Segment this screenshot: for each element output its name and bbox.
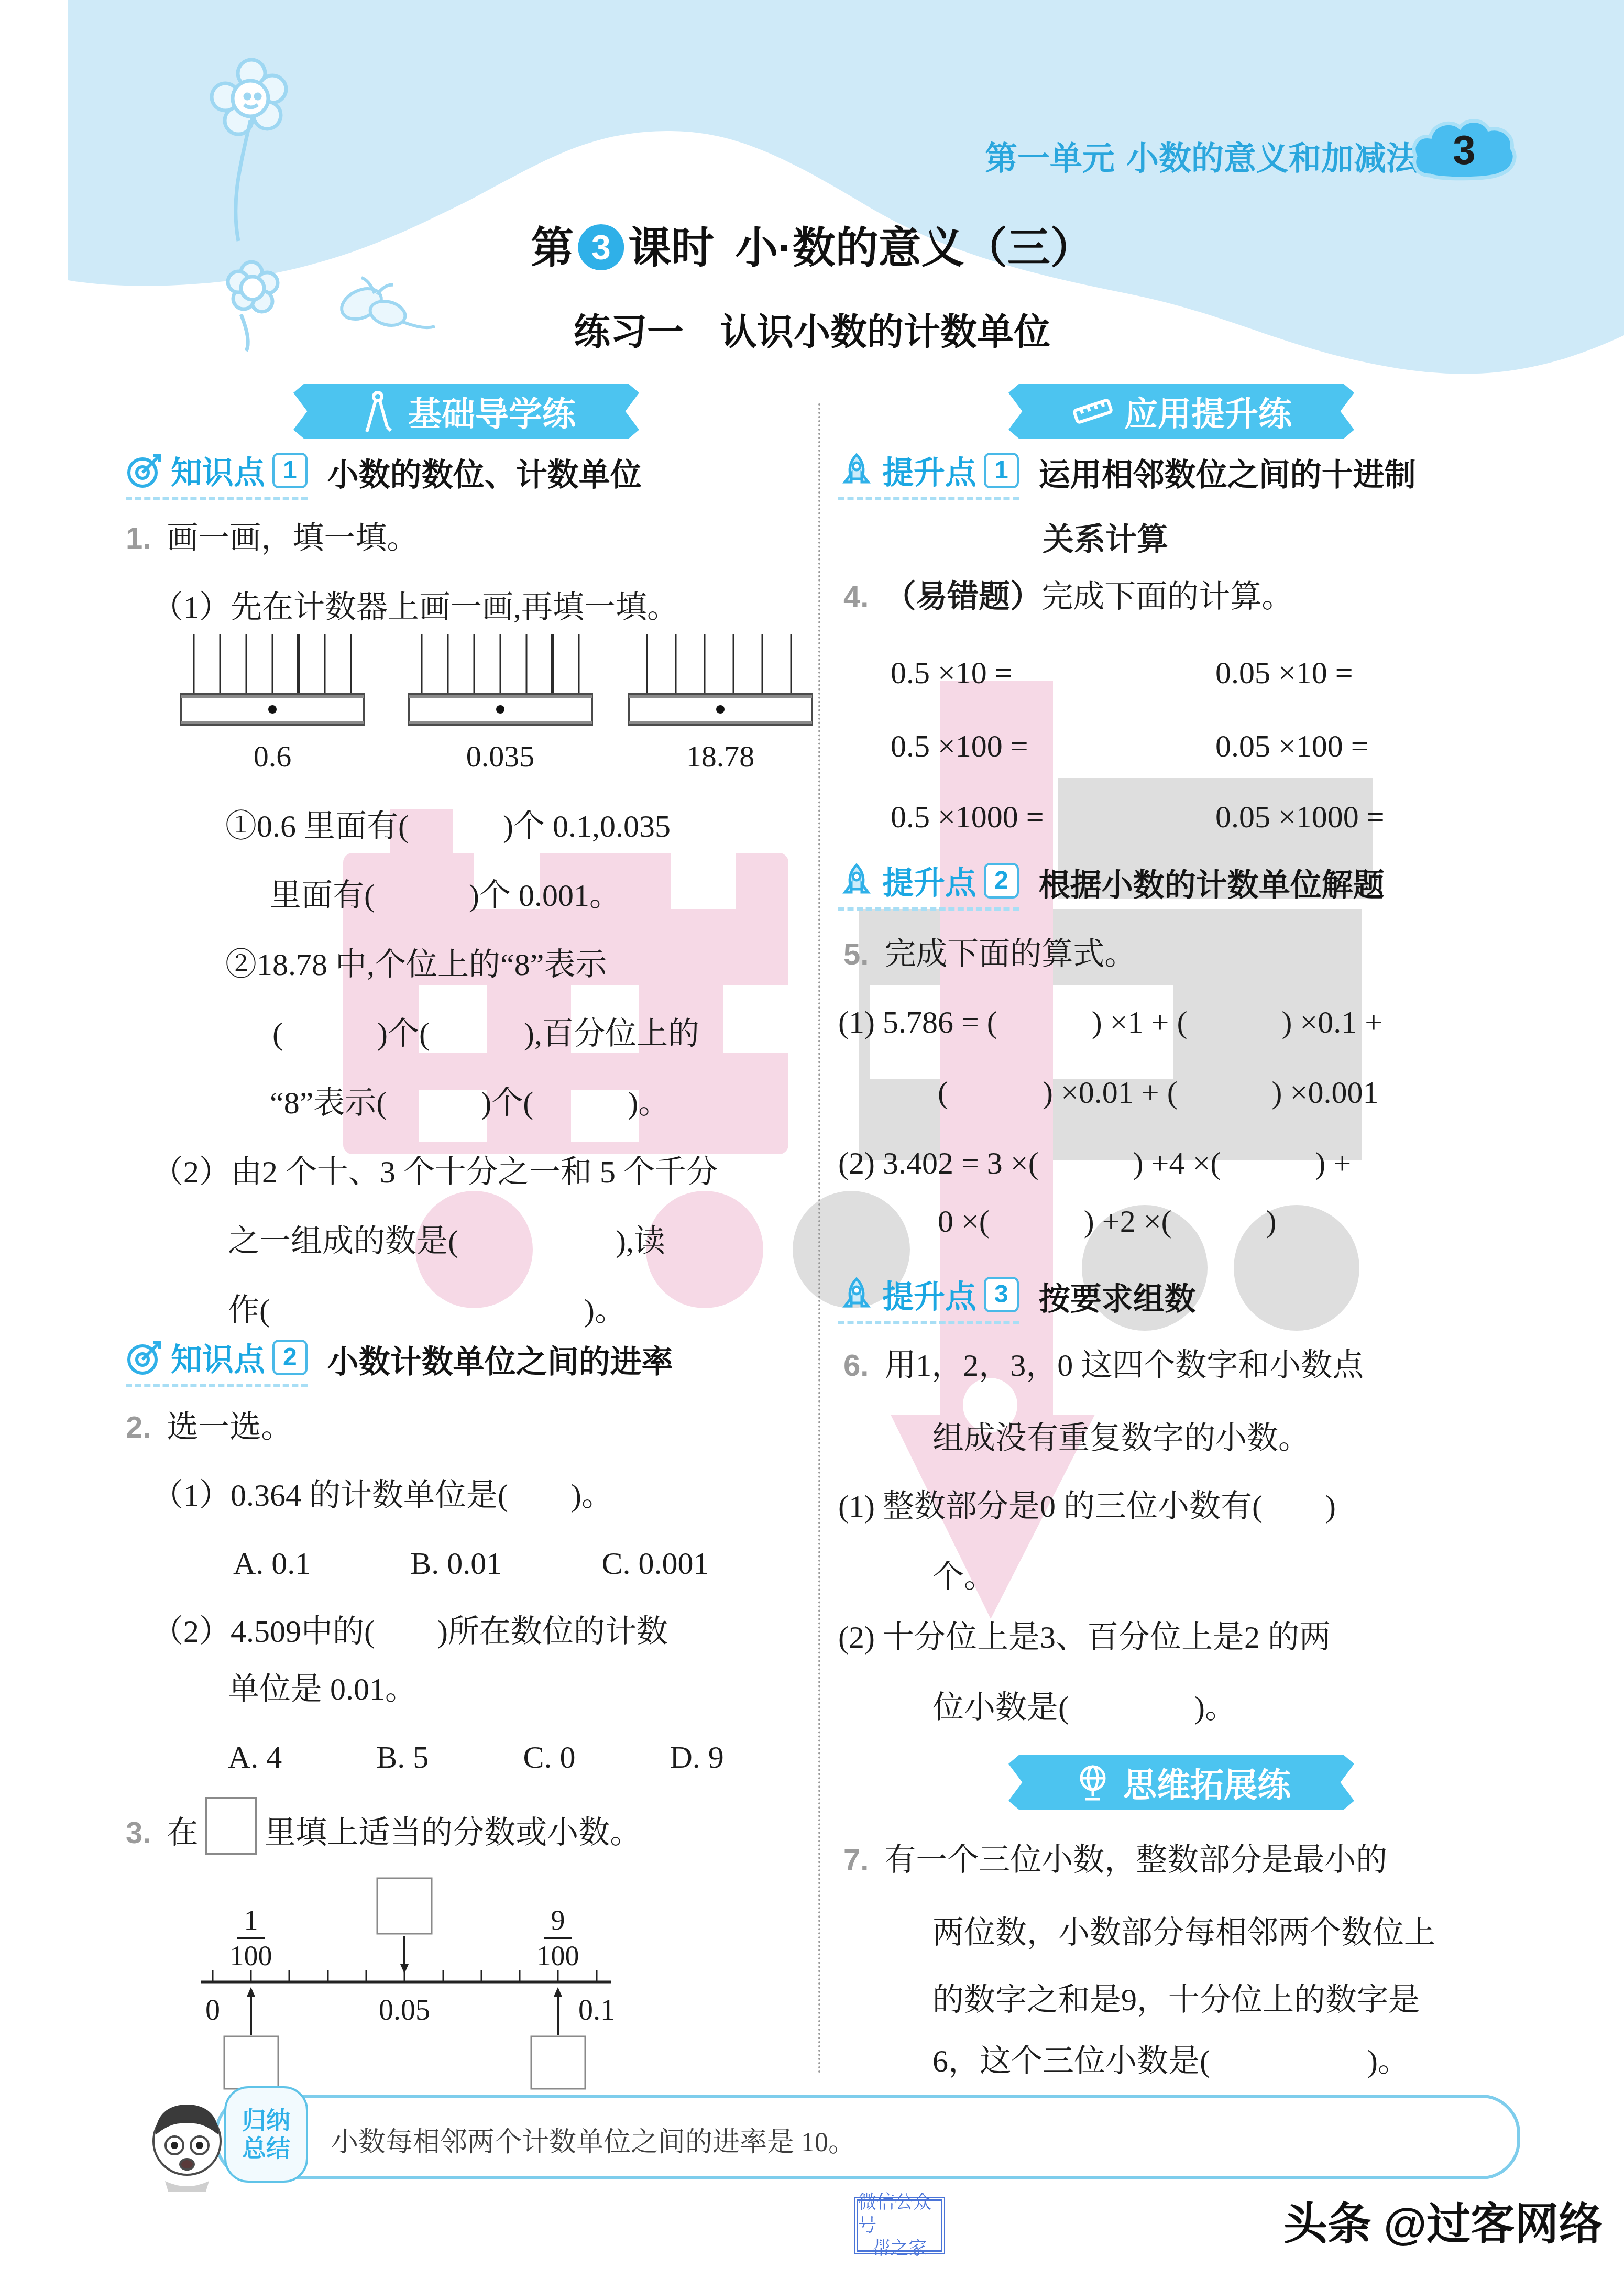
question-text: 在 bbox=[167, 1815, 198, 1850]
fraction-numerator: 9 bbox=[551, 1904, 565, 1936]
butterfly-icon bbox=[325, 272, 440, 356]
summary-text: 小数每相邻两个计数单位之间的进率是 10。 bbox=[331, 2120, 855, 2159]
lesson-prefix: 第 bbox=[531, 224, 574, 272]
kp-title: 按要求组数 bbox=[1039, 1274, 1196, 1324]
kp-title: 小数的数位、计数单位 bbox=[327, 450, 642, 500]
kp-number: 2 bbox=[272, 1340, 308, 1375]
question-2-sub2-cont: 单位是 0.01。 bbox=[228, 1671, 416, 1707]
question-6-line: 位小数是( )。 bbox=[932, 1690, 1236, 1726]
question-number: 2. bbox=[126, 1410, 151, 1444]
question-2-sub2: （2）4.509中的( )所在数位的计数 bbox=[152, 1614, 668, 1650]
fill-line: ( )个( ),百分位上的 bbox=[272, 1016, 699, 1052]
globe-icon bbox=[1072, 1760, 1114, 1804]
question-2-sub1: （1）0.364 的计数单位是( )。 bbox=[152, 1477, 613, 1514]
section-banner-basics: 基础导学练 bbox=[293, 384, 639, 439]
lesson-number-circle: 3 bbox=[578, 224, 624, 270]
fraction-denominator: 100 bbox=[230, 1940, 272, 1971]
question-text: 选一选。 bbox=[167, 1410, 292, 1444]
boost-point-2: 提升点 2 根据小数的计数单位解题 bbox=[838, 858, 1385, 911]
fraction-denominator: 100 bbox=[537, 1940, 579, 1971]
ruler-icon bbox=[1071, 389, 1115, 433]
question-text: 画一画，填一填。 bbox=[167, 521, 418, 555]
fraction-numerator: 1 bbox=[244, 1904, 258, 1936]
unit-label: 第一单元 bbox=[985, 141, 1115, 177]
question-1-sub2: 之一组成的数是( ),读 bbox=[228, 1223, 665, 1259]
knowledge-point-2: 知识点 2 小数计数单位之间的进率 bbox=[126, 1335, 673, 1387]
unit-heading: 第一单元小数的意义和加减法 bbox=[985, 133, 1419, 179]
lesson-name: 小·数的意义（三） bbox=[735, 224, 1093, 272]
flower-icon bbox=[189, 42, 325, 356]
kid-face-icon bbox=[144, 2093, 231, 2193]
answer-box bbox=[531, 2036, 585, 2089]
option-b: B. 5 bbox=[376, 1739, 429, 1776]
counting-device-diagram: 18.78 bbox=[626, 631, 815, 778]
summary-badge-line1: 归纳 bbox=[242, 2107, 290, 2134]
number-line-diagram: 1 100 9 100 0 0.05 0.1 bbox=[196, 1862, 626, 2093]
question-1-sub2: 作( )。 bbox=[228, 1292, 626, 1329]
question-2: 2.选一选。 bbox=[126, 1409, 292, 1445]
counting-device-diagram: 0.035 bbox=[406, 631, 595, 778]
question-number: 1. bbox=[126, 521, 151, 555]
question-7-line: 两位数，小数部分每相邻两个数位上 bbox=[932, 1915, 1435, 1951]
kp-number: 2 bbox=[984, 863, 1019, 899]
question-3: 3.在里填上适当的分数或小数。 bbox=[126, 1797, 641, 1855]
kp-number: 1 bbox=[984, 453, 1019, 488]
question-1: 1.画一画，填一填。 bbox=[126, 520, 418, 556]
boost-point-1: 提升点 1 运用相邻数位之间的十进制 bbox=[838, 448, 1416, 500]
question-number: 7. bbox=[843, 1843, 869, 1877]
target-icon bbox=[126, 452, 163, 489]
boost-point-3: 提升点 3 按要求组数 bbox=[838, 1272, 1196, 1324]
answer-box bbox=[377, 1878, 432, 1934]
question-text: 用1，2，3，0 这四个数字和小数点 bbox=[884, 1348, 1364, 1383]
question-text: 完成下面的计算。 bbox=[1041, 579, 1293, 614]
question-6-line: 个。 bbox=[932, 1559, 995, 1595]
question-5: 5.完成下面的算式。 bbox=[843, 936, 1136, 972]
equation: 0.5 ×100 = bbox=[891, 728, 1028, 764]
kp-title: 小数计数单位之间的进率 bbox=[327, 1337, 673, 1387]
fill-line: ①0.6 里面有( )个 0.1,0.035 bbox=[225, 808, 671, 845]
rocket-icon bbox=[838, 1276, 875, 1313]
kp-number: 1 bbox=[272, 453, 308, 488]
kp-label: 提升点 bbox=[882, 448, 976, 493]
counting-device-diagram: 0.6 bbox=[178, 631, 367, 778]
fill-line: ②18.78 中,个位上的“8”表示 bbox=[225, 947, 607, 983]
question-7: 7.有一个三位小数，整数部分是最小的 bbox=[843, 1842, 1387, 1878]
question-text: 里填上适当的分数或小数。 bbox=[264, 1815, 641, 1850]
question-4: 4.（易错题）完成下面的计算。 bbox=[843, 579, 1293, 615]
target-icon bbox=[126, 1339, 163, 1376]
question-6-line: (1) 整数部分是0 的三位小数有( ) bbox=[838, 1488, 1336, 1525]
question-5-line: 0 ×( ) +2 ×( ) bbox=[938, 1203, 1276, 1240]
wechat-stamp: 微信公众号 帮之家 bbox=[857, 2199, 942, 2252]
option-a: A. 0.1 bbox=[233, 1546, 311, 1582]
lesson-mid: 课时 bbox=[628, 224, 714, 272]
workbook-page: 第一单元小数的意义和加减法 3 第3课时小·数的意义（三） 练习一 认识小数的计… bbox=[0, 0, 1624, 2279]
abacus-label: 0.035 bbox=[466, 739, 535, 773]
option-d: D. 9 bbox=[670, 1739, 723, 1776]
fill-line: “8”表示( )个( )。 bbox=[270, 1085, 670, 1121]
option-c: C. 0.001 bbox=[601, 1546, 709, 1582]
unit-title: 小数的意义和加减法 bbox=[1126, 141, 1419, 177]
choice-options: A. 4 B. 5 C. 0 D. 9 bbox=[228, 1739, 724, 1776]
kp-label: 提升点 bbox=[882, 1272, 976, 1317]
section-banner-thinking: 思维拓展练 bbox=[1008, 1755, 1354, 1810]
kp-label: 知识点 bbox=[171, 1335, 265, 1380]
question-1-sub1: （1）先在计数器上画一画,再填一填。 bbox=[152, 589, 678, 626]
option-a: A. 4 bbox=[228, 1739, 282, 1776]
abacus-label: 18.78 bbox=[686, 739, 755, 773]
error-prone-tag: （易错题） bbox=[884, 579, 1041, 614]
question-7-line: 6，这个三位小数是( )。 bbox=[932, 2043, 1409, 2079]
watermark-train-window bbox=[723, 985, 788, 1053]
page-number-cloud: 3 bbox=[1409, 113, 1519, 186]
section-banner-application: 应用提升练 bbox=[1008, 384, 1354, 439]
question-6-line: (2) 十分位上是3、百分位上是2 的两 bbox=[838, 1619, 1331, 1656]
question-5-line: (2) 3.402 = 3 ×( ) +4 ×( ) + bbox=[838, 1145, 1351, 1181]
equation: 0.5 ×10 = bbox=[891, 655, 1013, 691]
question-7-line: 的数字之和是9，十分位上的数字是 bbox=[932, 1982, 1420, 2018]
boost-point-1-title-cont: 关系计算 bbox=[1043, 521, 1168, 557]
answer-box bbox=[205, 1797, 257, 1855]
kp-label: 知识点 bbox=[171, 448, 265, 493]
equation: 0.05 ×10 = bbox=[1215, 655, 1353, 691]
question-5-line: ( ) ×0.01 + ( ) ×0.001 bbox=[938, 1075, 1378, 1111]
wechat-line1: 微信公众号 bbox=[858, 2191, 941, 2237]
question-5-line: (1) 5.786 = ( ) ×1 + ( ) ×0.1 + bbox=[838, 1004, 1382, 1040]
question-number: 5. bbox=[843, 937, 869, 971]
equation: 0.05 ×100 = bbox=[1215, 728, 1369, 764]
equation: 0.5 ×1000 = bbox=[891, 799, 1044, 835]
kp-number: 3 bbox=[984, 1277, 1019, 1312]
kp-title: 运用相邻数位之间的十进制 bbox=[1039, 450, 1416, 500]
rocket-icon bbox=[838, 862, 875, 900]
section-banner-basics-label: 基础导学练 bbox=[408, 387, 576, 435]
numberline-label: 0.05 bbox=[379, 1994, 430, 2026]
equation: 0.05 ×1000 = bbox=[1215, 799, 1385, 835]
kp-title: 根据小数的计数单位解题 bbox=[1039, 860, 1385, 911]
question-number: 3. bbox=[126, 1816, 151, 1850]
question-text: 完成下面的算式。 bbox=[884, 937, 1136, 971]
wechat-line2: 帮之家 bbox=[872, 2237, 927, 2260]
credit-text: 头条 @过客网络 bbox=[1283, 2189, 1603, 2252]
question-6-line: 组成没有重复数字的小数。 bbox=[932, 1420, 1310, 1456]
practice-title: 练习一 认识小数的计数单位 bbox=[574, 303, 1050, 356]
compass-icon bbox=[357, 389, 399, 433]
numberline-label: 0 bbox=[205, 1994, 220, 2026]
question-number: 4. bbox=[843, 580, 869, 614]
kp-label: 提升点 bbox=[882, 858, 976, 903]
summary-badge: 归纳 总结 bbox=[224, 2086, 308, 2183]
question-number: 6. bbox=[843, 1349, 869, 1383]
numberline-label: 0.1 bbox=[578, 1994, 615, 2026]
watermark-train-notch bbox=[671, 846, 736, 909]
column-divider bbox=[818, 403, 820, 2075]
knowledge-point-1: 知识点 1 小数的数位、计数单位 bbox=[126, 448, 642, 500]
choice-options: A. 0.1 B. 0.01 C. 0.001 bbox=[233, 1546, 709, 1582]
section-banner-thinking-label: 思维拓展练 bbox=[1123, 1758, 1291, 1806]
question-6: 6.用1，2，3，0 这四个数字和小数点 bbox=[843, 1347, 1364, 1384]
question-text: 有一个三位小数，整数部分是最小的 bbox=[884, 1843, 1387, 1877]
fill-line: 里面有( )个 0.001。 bbox=[270, 878, 621, 914]
abacus-label: 0.6 bbox=[254, 739, 292, 773]
summary-badge-line2: 总结 bbox=[242, 2134, 290, 2162]
rocket-icon bbox=[838, 452, 875, 489]
option-c: C. 0 bbox=[523, 1739, 575, 1776]
question-1-sub2: （2）由2 个十、3 个十分之一和 5 个千分 bbox=[152, 1154, 718, 1190]
section-banner-application-label: 应用提升练 bbox=[1124, 387, 1292, 435]
lesson-title: 第3课时小·数的意义（三） bbox=[531, 214, 1093, 275]
page-number: 3 bbox=[1453, 127, 1475, 173]
answer-box bbox=[224, 2036, 278, 2089]
option-b: B. 0.01 bbox=[410, 1546, 502, 1582]
